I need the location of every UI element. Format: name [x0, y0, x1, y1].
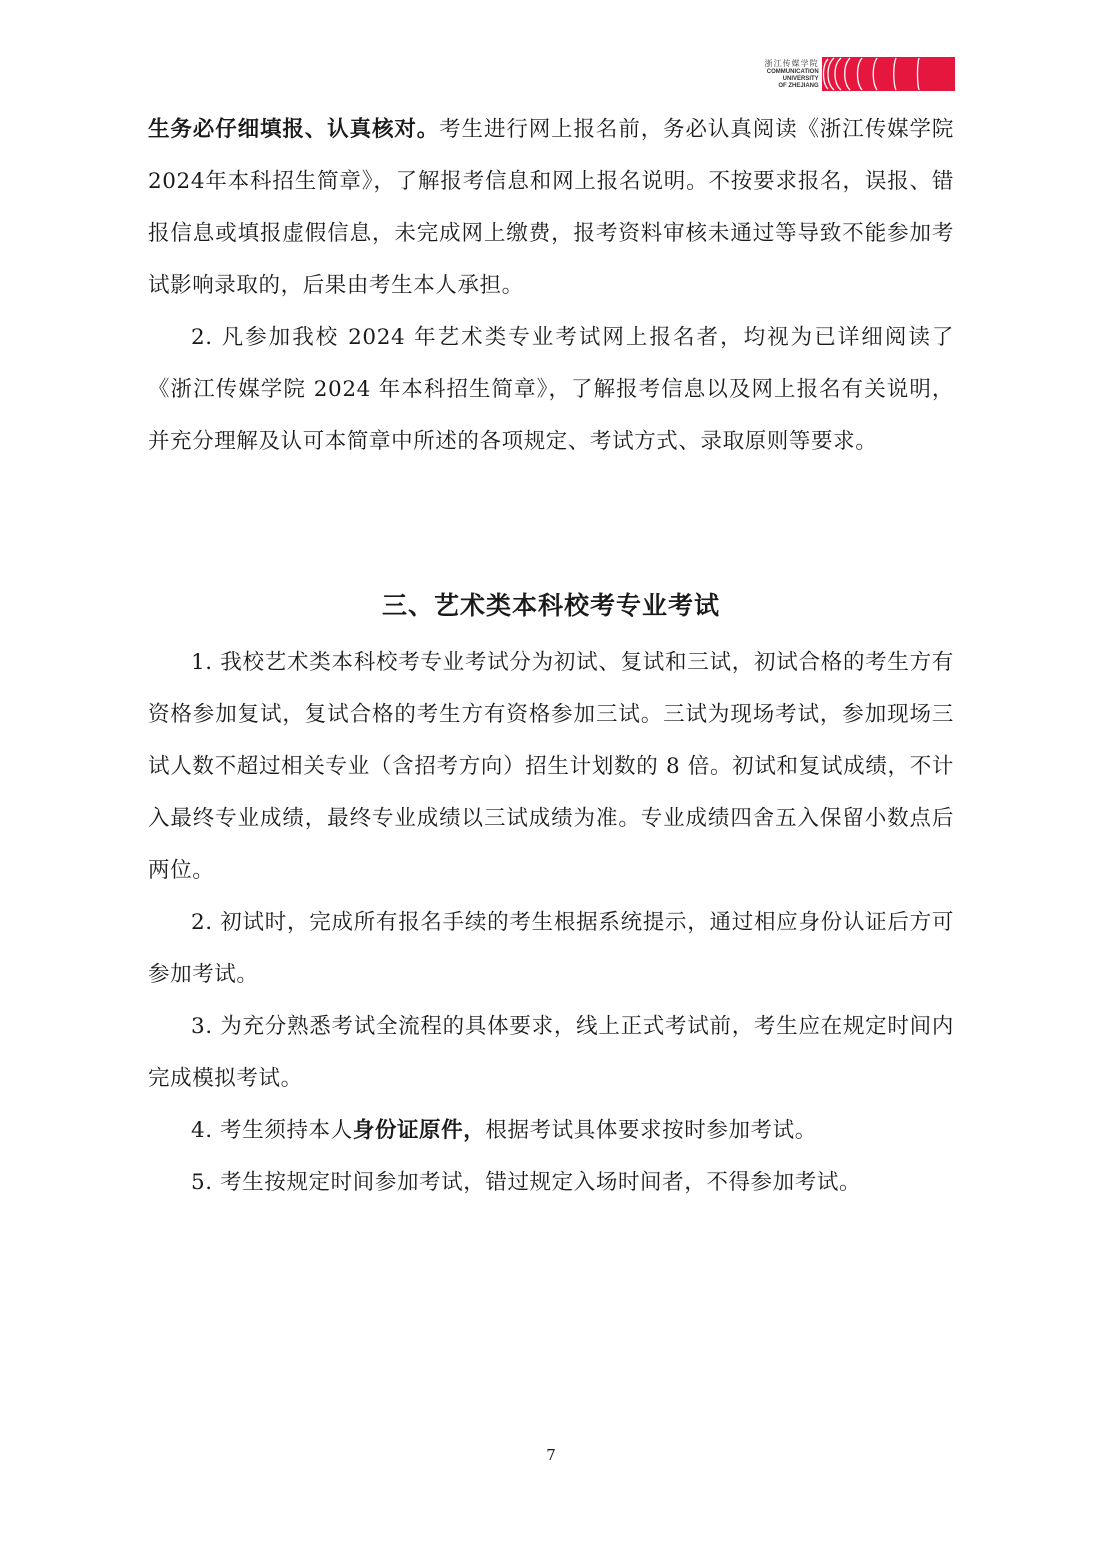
section-heading: 三、艺术类本科校考专业考试 [148, 584, 954, 628]
paragraph-2: 2. 凡参加我校 2024 年艺术类专业考试网上报名者，均视为已详细阅读了《浙江… [148, 312, 954, 468]
item-2: 2. 初试时，完成所有报名手续的考生根据系统提示，通过相应身份认证后方可参加考试… [148, 897, 954, 1001]
paragraph-text: 考生进行网上报名前，务必认真阅读《浙江传媒学院2024年本科招生简章》，了解报考… [148, 117, 954, 298]
paragraph-continued: 生务必仔细填报、认真核对。考生进行网上报名前，务必认真阅读《浙江传媒学院2024… [148, 104, 954, 312]
logo-name-en-3: OF ZHEJIANG [755, 83, 819, 90]
item-1: 1. 我校艺术类本科校考专业考试分为初试、复试和三试，初试合格的考生方有资格参加… [148, 637, 954, 897]
logo-name-cn: 浙江传媒学院 [755, 59, 819, 69]
university-logo: 浙江传媒学院 COMMUNICATION UNIVERSITY OF ZHEJI… [755, 54, 955, 94]
logo-name-en-1: COMMUNICATION [755, 69, 819, 76]
logo-text: 浙江传媒学院 COMMUNICATION UNIVERSITY OF ZHEJI… [755, 59, 819, 90]
item-4-suffix: 根据考试具体要求按时参加考试。 [485, 1118, 817, 1143]
item-5: 5. 考生按规定时间参加考试，错过规定入场时间者，不得参加考试。 [148, 1157, 954, 1209]
prev-section: 生务必仔细填报、认真核对。考生进行网上报名前，务必认真阅读《浙江传媒学院2024… [148, 104, 954, 468]
logo-name-en-2: UNIVERSITY [755, 76, 819, 83]
section-3-body: 1. 我校艺术类本科校考专业考试分为初试、复试和三试，初试合格的考生方有资格参加… [148, 637, 954, 1209]
logo-mark-icon [822, 57, 955, 91]
item-4-prefix: 4. 考生须持本人 [191, 1118, 353, 1143]
bold-emphasis: 生务必仔细填报、认真核对。 [148, 117, 439, 142]
item-4: 4. 考生须持本人身份证原件，根据考试具体要求按时参加考试。 [148, 1105, 954, 1157]
item-3: 3. 为充分熟悉考试全流程的具体要求，线上正式考试前，考生应在规定时间内完成模拟… [148, 1001, 954, 1105]
page-number: 7 [0, 1446, 1102, 1464]
bold-id-card: 身份证原件， [353, 1118, 486, 1143]
